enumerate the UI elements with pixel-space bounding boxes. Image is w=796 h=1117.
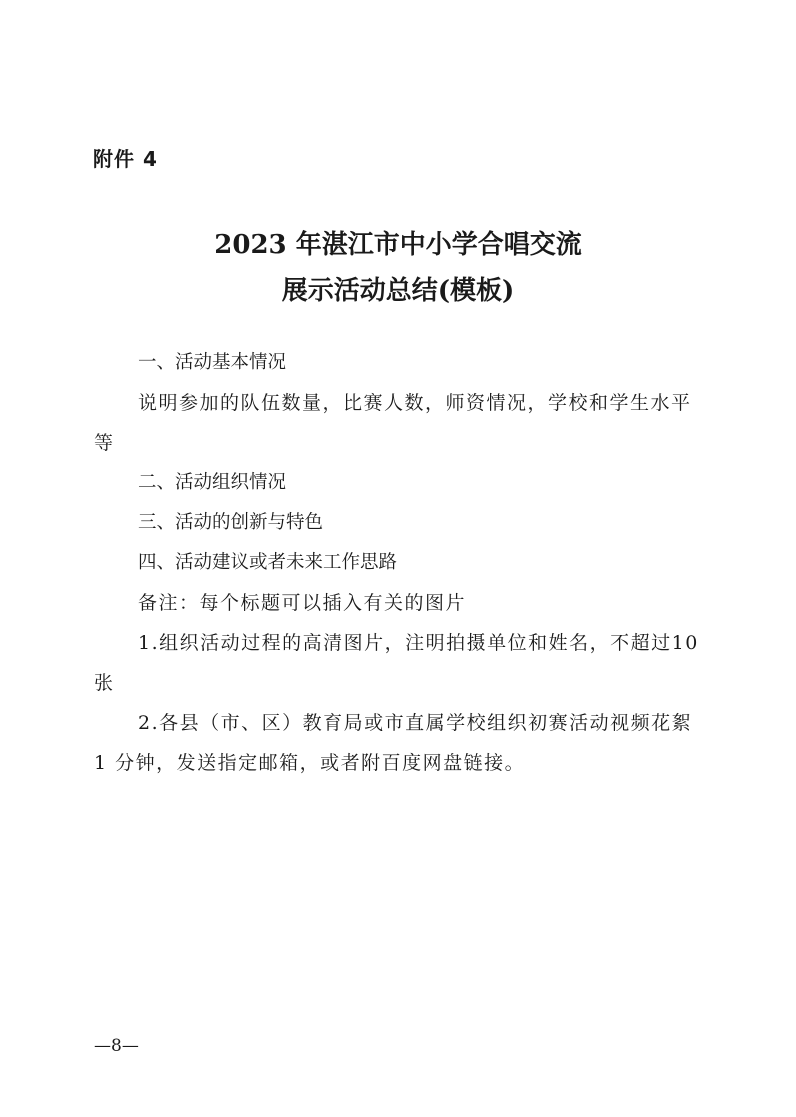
title-line-1: 2023 年湛江市中小学合唱交流 bbox=[0, 222, 796, 268]
remark-note: 备注：每个标题可以插入有关的图片 bbox=[94, 583, 704, 623]
note-item-2: 2.各县（市、区）教育局或市直属学校组织初赛活动视频花絮 1 分钟，发送指定邮箱… bbox=[94, 703, 704, 783]
document-body: 一、活动基本情况 说明参加的队伍数量，比赛人数，师资情况，学校和学生水平等 二、… bbox=[94, 343, 704, 783]
section-heading-3: 三、活动的创新与特色 bbox=[94, 503, 704, 543]
page-number: —8— bbox=[94, 1036, 139, 1056]
section-heading-4: 四、活动建议或者未来工作思路 bbox=[94, 543, 704, 583]
section-heading-1: 一、活动基本情况 bbox=[94, 343, 704, 383]
document-title: 2023 年湛江市中小学合唱交流 展示活动总结(模板) bbox=[0, 222, 796, 314]
title-line-2: 展示活动总结(模板) bbox=[0, 268, 796, 314]
section-heading-2: 二、活动组织情况 bbox=[94, 463, 704, 503]
note-item-1: 1.组织活动过程的高清图片，注明拍摄单位和姓名，不超过10 张 bbox=[94, 623, 704, 703]
attachment-label: 附件 4 bbox=[93, 143, 158, 172]
section-body-1: 说明参加的队伍数量，比赛人数，师资情况，学校和学生水平等 bbox=[94, 383, 704, 463]
